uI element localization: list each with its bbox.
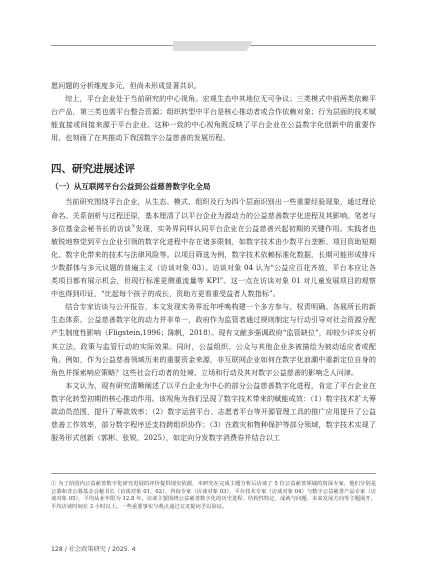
paragraph-text: 发现，实务界同样认同平台企业在公益慈善兴起初期的关键作用。实践者也敏锐地察觉到平…: [51, 224, 376, 298]
paragraph-summary: 综上，平台企业处于当前研究的中心视角。宏观生态中其地位无可争议；三类模式中前两类…: [51, 92, 376, 144]
paragraph-continuation: 愿问题的分析维度多元，但尚未形成显著共识。: [51, 79, 376, 92]
paragraph-platform-research: 当前研究围绕平台企业，从生态、模式、组织及行为四个层面识别出一些重要经验现象，通…: [51, 195, 376, 300]
page-footer: 128 / 社会政策研究 / 2025. 4: [51, 544, 136, 553]
paragraph-conclusion: 本文认为，现有研究清晰阐述了以平台企业为中心的部分公益慈善数字化进程，肯定了平台…: [51, 379, 376, 444]
paragraph-ecosystem: 结合专家访谈与公开报告，本文发现实务界近年呼唤构建一个多方参与、权责明确、各展所…: [51, 300, 376, 379]
header-tab-decoration: [173, 41, 253, 51]
footnote: ① 为了给国内公益慈善数字化研究进展的评价提供现实依据，本研究在完成主题分析后访…: [51, 481, 376, 511]
section-title: 四、研究进展述评: [51, 162, 376, 176]
main-content: 愿问题的分析维度多元，但尚未形成显著共识。 综上，平台企业处于当前研究的中心视角…: [51, 79, 376, 444]
subsection-title: （一）从互联网平台公益到公益慈善数字化全局: [51, 180, 376, 193]
footnote-rule: [51, 473, 376, 474]
